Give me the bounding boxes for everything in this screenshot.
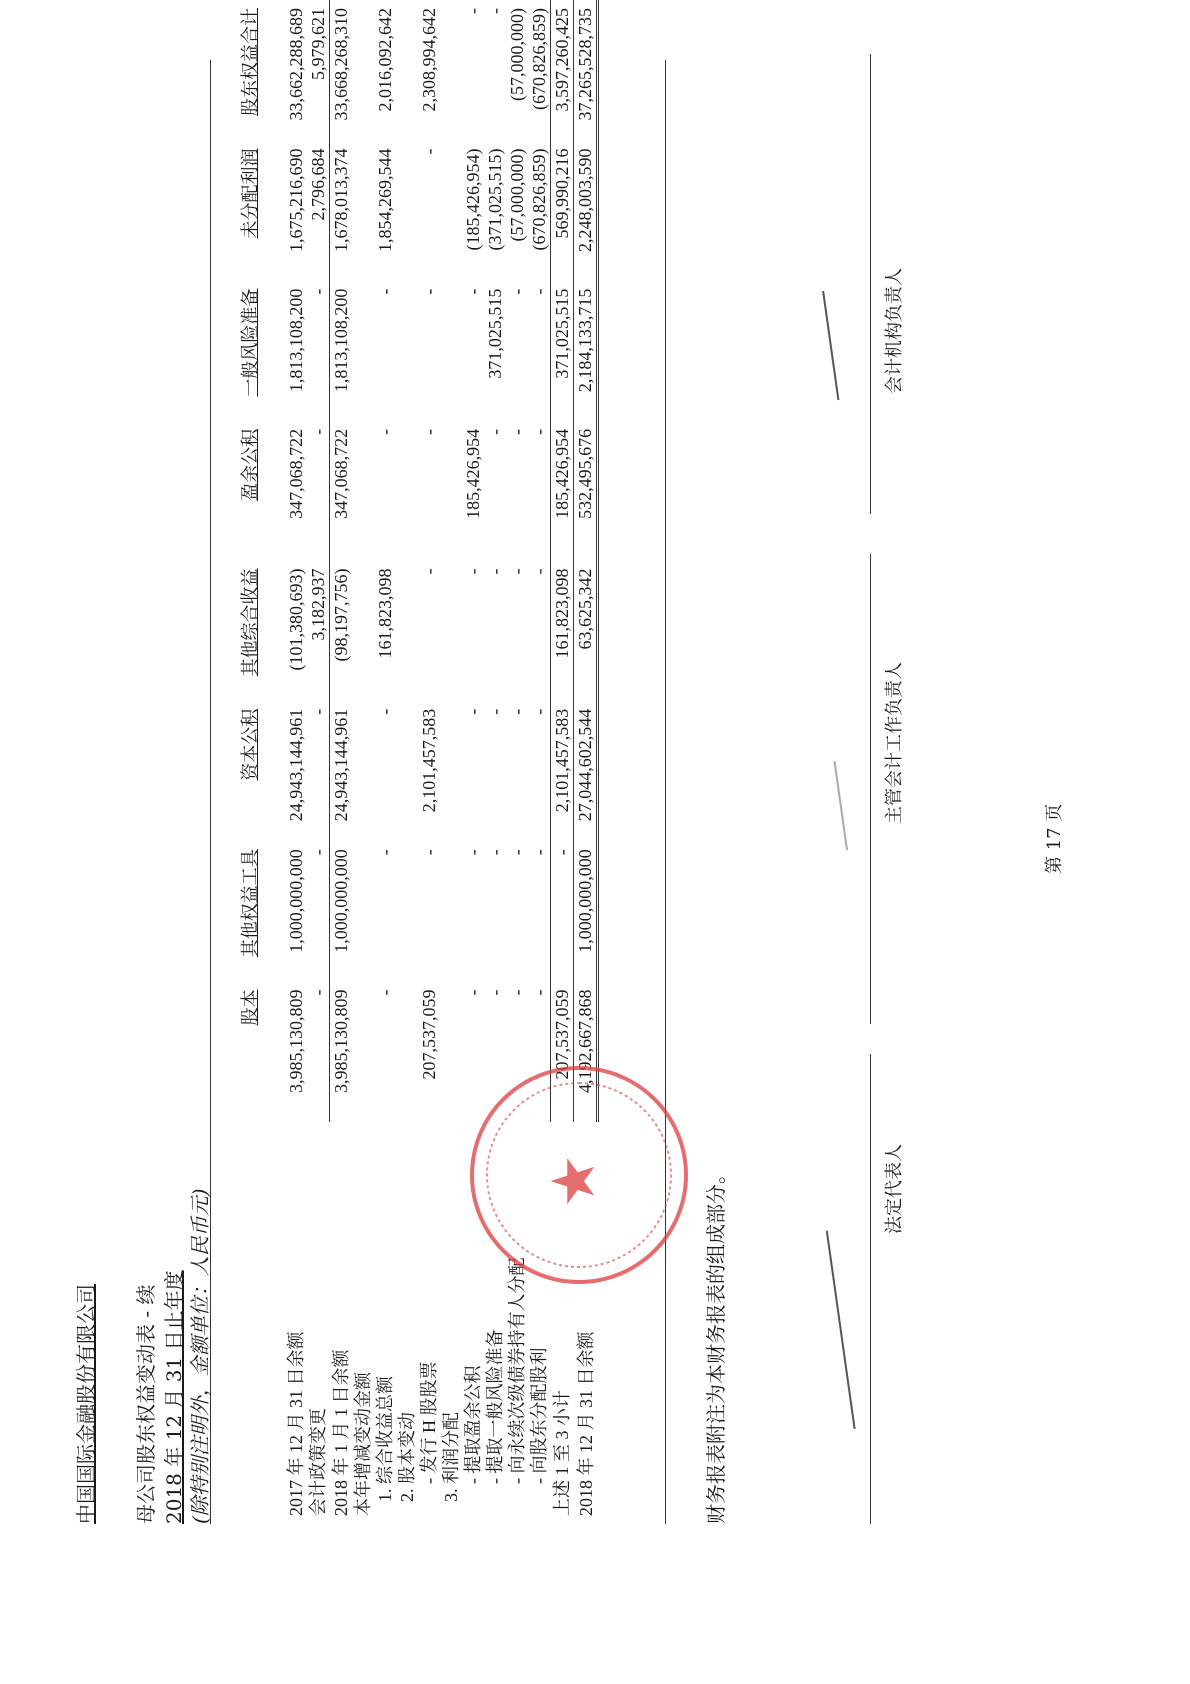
cell-value bbox=[352, 560, 374, 700]
cell-value: 2,248,003,590 bbox=[574, 141, 598, 281]
signature-accounting-head bbox=[773, 291, 840, 407]
financial-statement-page: 中国国际金融股份有限公司 母公司股东权益变动表 - 续 2018 年 12 月 … bbox=[0, 0, 1190, 1684]
cell-value: - bbox=[506, 421, 528, 561]
row-label: 1. 综合收益总额 bbox=[374, 1122, 396, 1524]
cell-value: - bbox=[551, 841, 574, 981]
cell-value: 1,813,108,200 bbox=[330, 281, 353, 421]
cell-value: 2,796,684 bbox=[307, 141, 330, 281]
cell-value: (185,426,954) bbox=[462, 141, 484, 281]
cell-value bbox=[352, 0, 374, 141]
cell-value: - bbox=[528, 421, 551, 561]
cell-value: (670,826,859) bbox=[528, 141, 551, 281]
row-label: 2017 年 12 月 31 日余额 bbox=[285, 1122, 307, 1524]
table-row: 2. 股本变动 bbox=[396, 0, 418, 1524]
bottom-rule bbox=[665, 60, 666, 1524]
cell-value: 161,823,098 bbox=[551, 560, 574, 700]
cell-value: - bbox=[484, 560, 506, 700]
col-header: 股东权益合计 bbox=[215, 0, 285, 141]
col-header: 其他综合收益 bbox=[215, 560, 285, 700]
cell-value bbox=[396, 281, 418, 421]
signature-legal-rep bbox=[766, 1231, 855, 1438]
cell-value bbox=[440, 0, 462, 141]
cell-value: 185,426,954 bbox=[462, 421, 484, 561]
cell-value: - bbox=[307, 421, 330, 561]
table-row: 本年增减变动金额 bbox=[352, 0, 374, 1524]
company-seal-stamp: ★ bbox=[470, 1066, 688, 1284]
col-header: 盈余公积 bbox=[215, 421, 285, 561]
table-row: 2018 年 1 月 1 日余额3,985,130,8091,000,000,0… bbox=[330, 0, 353, 1524]
cell-value bbox=[352, 981, 374, 1121]
cell-value: - bbox=[462, 841, 484, 981]
table-row: - 向永续次级债券持有人分配------(57,000,000)(57,000,… bbox=[506, 0, 528, 1524]
cell-value: 1,000,000,000 bbox=[285, 841, 307, 981]
cell-value bbox=[440, 841, 462, 981]
cell-value: - bbox=[528, 701, 551, 841]
signatory-accounting-head: 会计机构负责人 bbox=[880, 268, 906, 394]
cell-value: - bbox=[528, 281, 551, 421]
statement-period: 2018 年 12 月 31 日止年度 bbox=[158, 1270, 187, 1524]
cell-value: 3,985,130,809 bbox=[330, 981, 353, 1121]
cell-value: 371,025,515 bbox=[551, 281, 574, 421]
signature-chief-accountant bbox=[784, 761, 848, 857]
table-row: - 提取一般风险准备-----371,025,515(371,025,515)- bbox=[484, 0, 506, 1524]
cell-value: 371,025,515 bbox=[484, 281, 506, 421]
cell-value bbox=[352, 421, 374, 561]
cell-value bbox=[396, 841, 418, 981]
signature-line-chief-accountant bbox=[870, 554, 871, 1024]
cell-value bbox=[396, 560, 418, 700]
row-label: - 发行 H 股股票 bbox=[418, 1122, 440, 1524]
cell-value: - bbox=[484, 841, 506, 981]
cell-value: 37,265,528,735 bbox=[574, 0, 598, 141]
table-row: 1. 综合收益总额---161,823,098--1,854,269,5442,… bbox=[374, 0, 396, 1524]
cell-value bbox=[440, 701, 462, 841]
cell-value: - bbox=[462, 560, 484, 700]
cell-value bbox=[352, 141, 374, 281]
footnote: 财务报表附注为本财务报表的组成部分。 bbox=[700, 1164, 729, 1524]
cell-value bbox=[440, 141, 462, 281]
cell-value: 24,943,144,961 bbox=[330, 701, 353, 841]
cell-value: (371,025,515) bbox=[484, 141, 506, 281]
cell-value: 2,184,133,715 bbox=[574, 281, 598, 421]
cell-value bbox=[396, 0, 418, 141]
table-row: - 提取盈余公积----185,426,954-(185,426,954)- bbox=[462, 0, 484, 1524]
cell-value: - bbox=[418, 421, 440, 561]
cell-value: 1,000,000,000 bbox=[574, 841, 598, 981]
cell-value bbox=[440, 981, 462, 1121]
row-label: 会计政策变更 bbox=[307, 1122, 330, 1524]
cell-value: - bbox=[506, 841, 528, 981]
cell-value bbox=[396, 421, 418, 561]
cell-value: - bbox=[374, 281, 396, 421]
table-header-row: 股本 其他权益工具 资本公积 其他综合收益 盈余公积 一般风险准备 未分配利润 … bbox=[215, 0, 285, 1524]
cell-value: - bbox=[528, 560, 551, 700]
cell-value: - bbox=[418, 281, 440, 421]
cell-value: - bbox=[528, 841, 551, 981]
cell-value: - bbox=[374, 981, 396, 1121]
cell-value bbox=[352, 841, 374, 981]
cell-value: 532,495,676 bbox=[574, 421, 598, 561]
label-header bbox=[215, 1122, 285, 1524]
cell-value: - bbox=[418, 841, 440, 981]
cell-value bbox=[352, 701, 374, 841]
cell-value: - bbox=[418, 141, 440, 281]
table-row: 2018 年 12 月 31 日余额4,192,667,8681,000,000… bbox=[574, 0, 598, 1524]
cell-value: (98,197,756) bbox=[330, 560, 353, 700]
col-header: 资本公积 bbox=[215, 701, 285, 841]
equity-changes-table: 股本 其他权益工具 资本公积 其他综合收益 盈余公积 一般风险准备 未分配利润 … bbox=[215, 0, 599, 1524]
cell-value bbox=[440, 560, 462, 700]
cell-value bbox=[440, 281, 462, 421]
cell-value: - bbox=[307, 981, 330, 1121]
table-row: - 发行 H 股股票207,537,059-2,101,457,583----2… bbox=[418, 0, 440, 1524]
cell-value: - bbox=[506, 281, 528, 421]
table-row: 会计政策变更---3,182,937--2,796,6845,979,621 bbox=[307, 0, 330, 1524]
cell-value: 2,016,092,642 bbox=[374, 0, 396, 141]
cell-value: (101,380,693) bbox=[285, 560, 307, 700]
cell-value: 207,537,059 bbox=[418, 981, 440, 1121]
cell-value: 33,668,268,310 bbox=[330, 0, 353, 141]
cell-value: 24,943,144,961 bbox=[285, 701, 307, 841]
cell-value: - bbox=[307, 281, 330, 421]
cell-value: - bbox=[484, 701, 506, 841]
col-header: 其他权益工具 bbox=[215, 841, 285, 981]
company-name: 中国国际金融股份有限公司 bbox=[70, 1284, 99, 1524]
signatory-chief-accountant: 主管会计工作负责人 bbox=[880, 662, 906, 824]
cell-value bbox=[352, 281, 374, 421]
cell-value: (57,000,000) bbox=[506, 0, 528, 141]
cell-value: 63,625,342 bbox=[574, 560, 598, 700]
statement-title: 母公司股东权益变动表 - 续 bbox=[130, 1285, 159, 1524]
table-row: - 向股东分配股利------(670,826,859)(670,826,859… bbox=[528, 0, 551, 1524]
cell-value: 347,068,722 bbox=[330, 421, 353, 561]
table-row: 上述 1 至 3 小计207,537,059-2,101,457,583161,… bbox=[551, 0, 574, 1524]
cell-value: 185,426,954 bbox=[551, 421, 574, 561]
cell-value: (670,826,859) bbox=[528, 0, 551, 141]
cell-value: - bbox=[374, 701, 396, 841]
signatory-legal-rep: 法定代表人 bbox=[880, 1144, 906, 1234]
cell-value bbox=[440, 421, 462, 561]
cell-value: 1,813,108,200 bbox=[285, 281, 307, 421]
cell-value: - bbox=[374, 421, 396, 561]
cell-value: 347,068,722 bbox=[285, 421, 307, 561]
col-header: 一般风险准备 bbox=[215, 281, 285, 421]
cell-value: 1,854,269,544 bbox=[374, 141, 396, 281]
col-header: 未分配利润 bbox=[215, 141, 285, 281]
signature-line-accounting-head bbox=[870, 54, 871, 514]
cell-value: 27,044,602,544 bbox=[574, 701, 598, 841]
cell-value: 1,678,013,374 bbox=[330, 141, 353, 281]
cell-value: - bbox=[484, 0, 506, 141]
cell-value: 2,101,457,583 bbox=[551, 701, 574, 841]
row-label: 2018 年 1 月 1 日余额 bbox=[330, 1122, 353, 1524]
cell-value: 569,990,216 bbox=[551, 141, 574, 281]
page-number: 第 17 页 bbox=[1040, 804, 1066, 874]
cell-value: 2,101,457,583 bbox=[418, 701, 440, 841]
cell-value: 161,823,098 bbox=[374, 560, 396, 700]
col-header: 股本 bbox=[215, 981, 285, 1121]
cell-value: (57,000,000) bbox=[506, 141, 528, 281]
star-icon: ★ bbox=[544, 1154, 604, 1208]
cell-value: - bbox=[462, 701, 484, 841]
cell-value: - bbox=[506, 701, 528, 841]
unit-note: (除特别注明外，金额单位：人民币元) bbox=[184, 1188, 213, 1524]
cell-value: 3,182,937 bbox=[307, 560, 330, 700]
cell-value: 2,308,994,642 bbox=[418, 0, 440, 141]
table-row: 2017 年 12 月 31 日余额3,985,130,8091,000,000… bbox=[285, 0, 307, 1524]
cell-value: - bbox=[374, 841, 396, 981]
cell-value: - bbox=[484, 421, 506, 561]
cell-value: - bbox=[418, 560, 440, 700]
cell-value: 1,000,000,000 bbox=[330, 841, 353, 981]
top-rule bbox=[210, 60, 211, 1524]
row-label: 2. 股本变动 bbox=[396, 1122, 418, 1524]
cell-value bbox=[396, 141, 418, 281]
signature-line-legal-rep bbox=[870, 1054, 871, 1524]
row-label: 3. 利润分配 bbox=[440, 1122, 462, 1524]
cell-value: - bbox=[506, 560, 528, 700]
row-label: 本年增减变动金额 bbox=[352, 1122, 374, 1524]
cell-value: - bbox=[462, 0, 484, 141]
cell-value: 5,979,621 bbox=[307, 0, 330, 141]
cell-value: - bbox=[462, 281, 484, 421]
cell-value bbox=[396, 981, 418, 1121]
table-row: 3. 利润分配 bbox=[440, 0, 462, 1524]
cell-value: 33,662,288,689 bbox=[285, 0, 307, 141]
cell-value: 3,597,260,425 bbox=[551, 0, 574, 141]
cell-value: - bbox=[307, 841, 330, 981]
cell-value: 1,675,216,690 bbox=[285, 141, 307, 281]
cell-value bbox=[396, 701, 418, 841]
cell-value: 3,985,130,809 bbox=[285, 981, 307, 1121]
cell-value: - bbox=[307, 701, 330, 841]
